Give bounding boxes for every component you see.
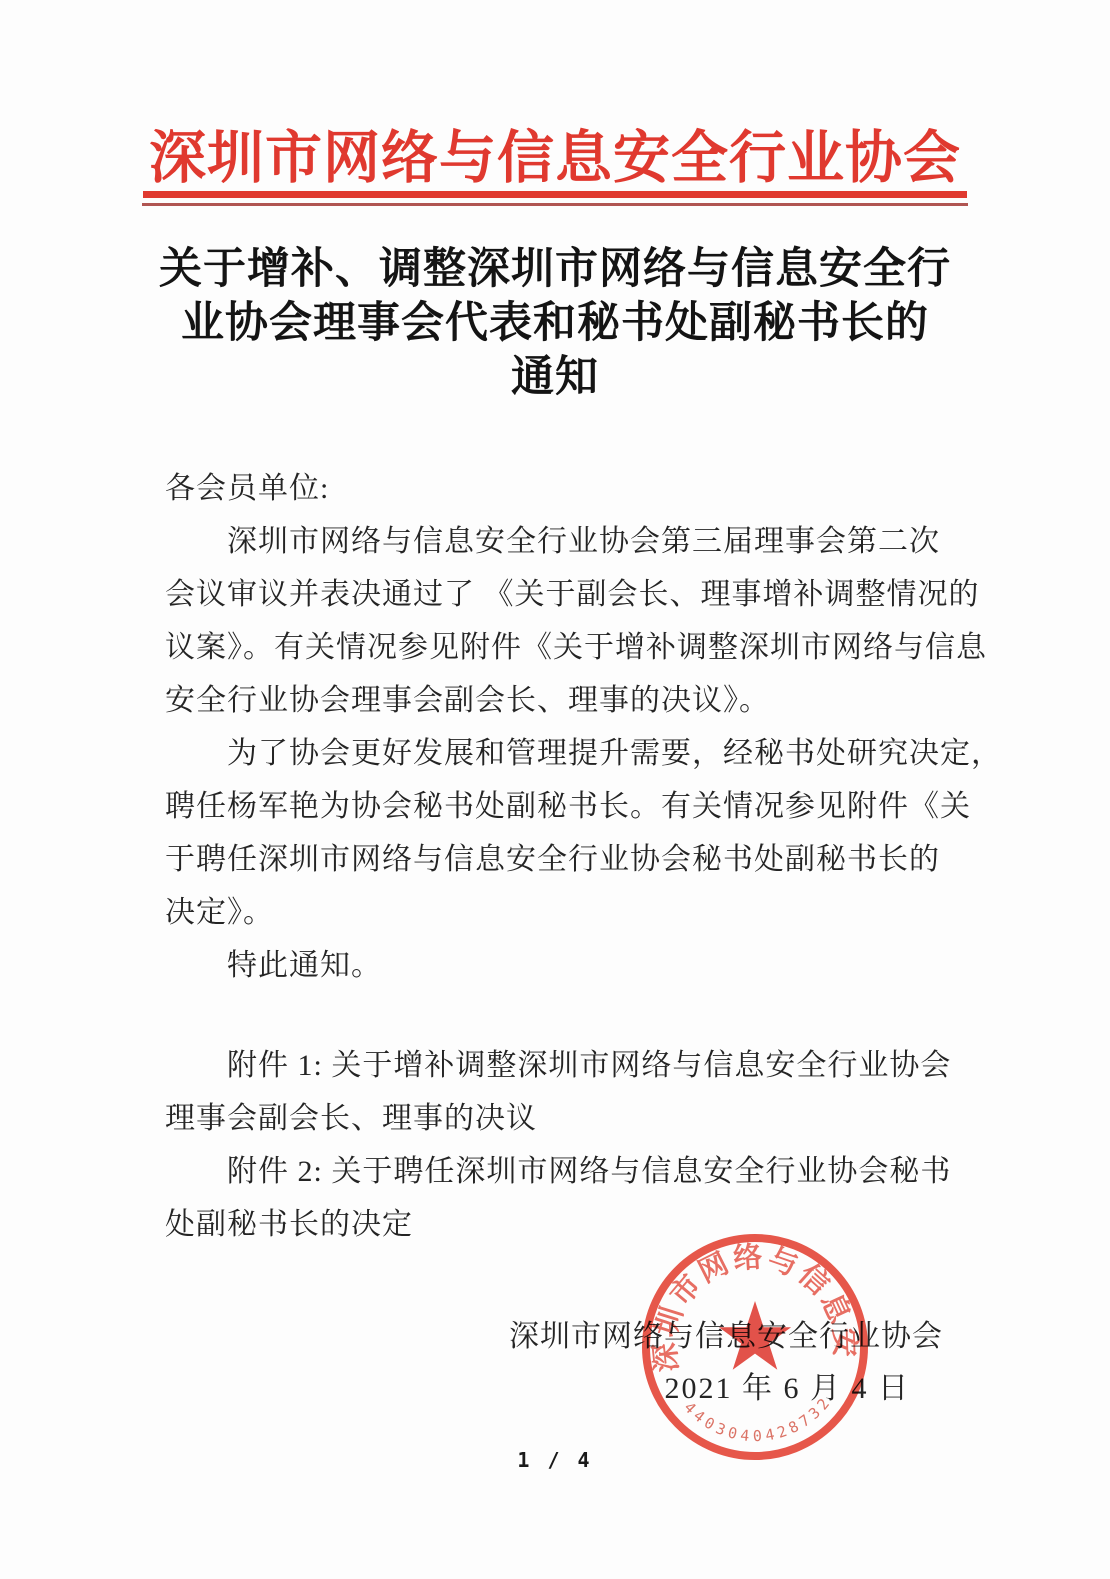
notice-title: 关于增补、调整深圳市网络与信息安全行 业协会理事会代表和秘书处副秘书长的 通知 [0, 243, 1110, 405]
body-line: 于聘任深圳市网络与信息安全行业协会秘书处副秘书长的 [165, 833, 965, 886]
notice-document-page: 深圳市网络与信息安全行业协会 关于增补、调整深圳市网络与信息安全行 业协会理事会… [0, 0, 1110, 1579]
header-divider-thick [143, 191, 967, 198]
attachment-line: 附件 2: 关于聘任深圳市网络与信息安全行业协会秘书 [165, 1145, 965, 1198]
body-line: 聘任杨军艳为协会秘书处副秘书长。有关情况参见附件《关 [165, 780, 965, 833]
body-line: 为了协会更好发展和管理提升需要，经秘书处研究决定， [165, 727, 965, 780]
org-header-title: 深圳市网络与信息安全行业协会 [0, 112, 1110, 194]
body-line: 决定》。 [165, 886, 965, 939]
body-line: 安全行业协会理事会副会长、理事的决议》。 [165, 674, 965, 727]
star-icon [719, 1301, 791, 1370]
notice-title-line: 关于增补、调整深圳市网络与信息安全行 [0, 243, 1110, 297]
notice-body: 各会员单位: 深圳市网络与信息安全行业协会第三届理事会第二次 会议审议并表决通过… [165, 462, 965, 992]
closing-line: 特此通知。 [165, 939, 965, 992]
header-divider-thin [142, 203, 968, 206]
attachment-line: 附件 1: 关于增补调整深圳市网络与信息安全行业协会 [165, 1039, 965, 1092]
attachment-line: 理事会副会长、理事的决议 [165, 1092, 965, 1145]
official-seal: 深圳市网络与信息安全行业协会 4403040428732 [605, 1197, 905, 1497]
notice-title-line: 通知 [0, 351, 1110, 405]
body-line: 会议审议并表决通过了 《关于副会长、理事增补调整情况的 [165, 568, 965, 621]
notice-title-line: 业协会理事会代表和秘书处副秘书长的 [0, 297, 1110, 351]
body-line: 议案》。有关情况参见附件《关于增补调整深圳市网络与信息 [165, 621, 965, 674]
body-line: 深圳市网络与信息安全行业协会第三届理事会第二次 [165, 515, 965, 568]
salutation: 各会员单位: [165, 462, 965, 515]
page-indicator: 1 / 4 [0, 1448, 1110, 1472]
